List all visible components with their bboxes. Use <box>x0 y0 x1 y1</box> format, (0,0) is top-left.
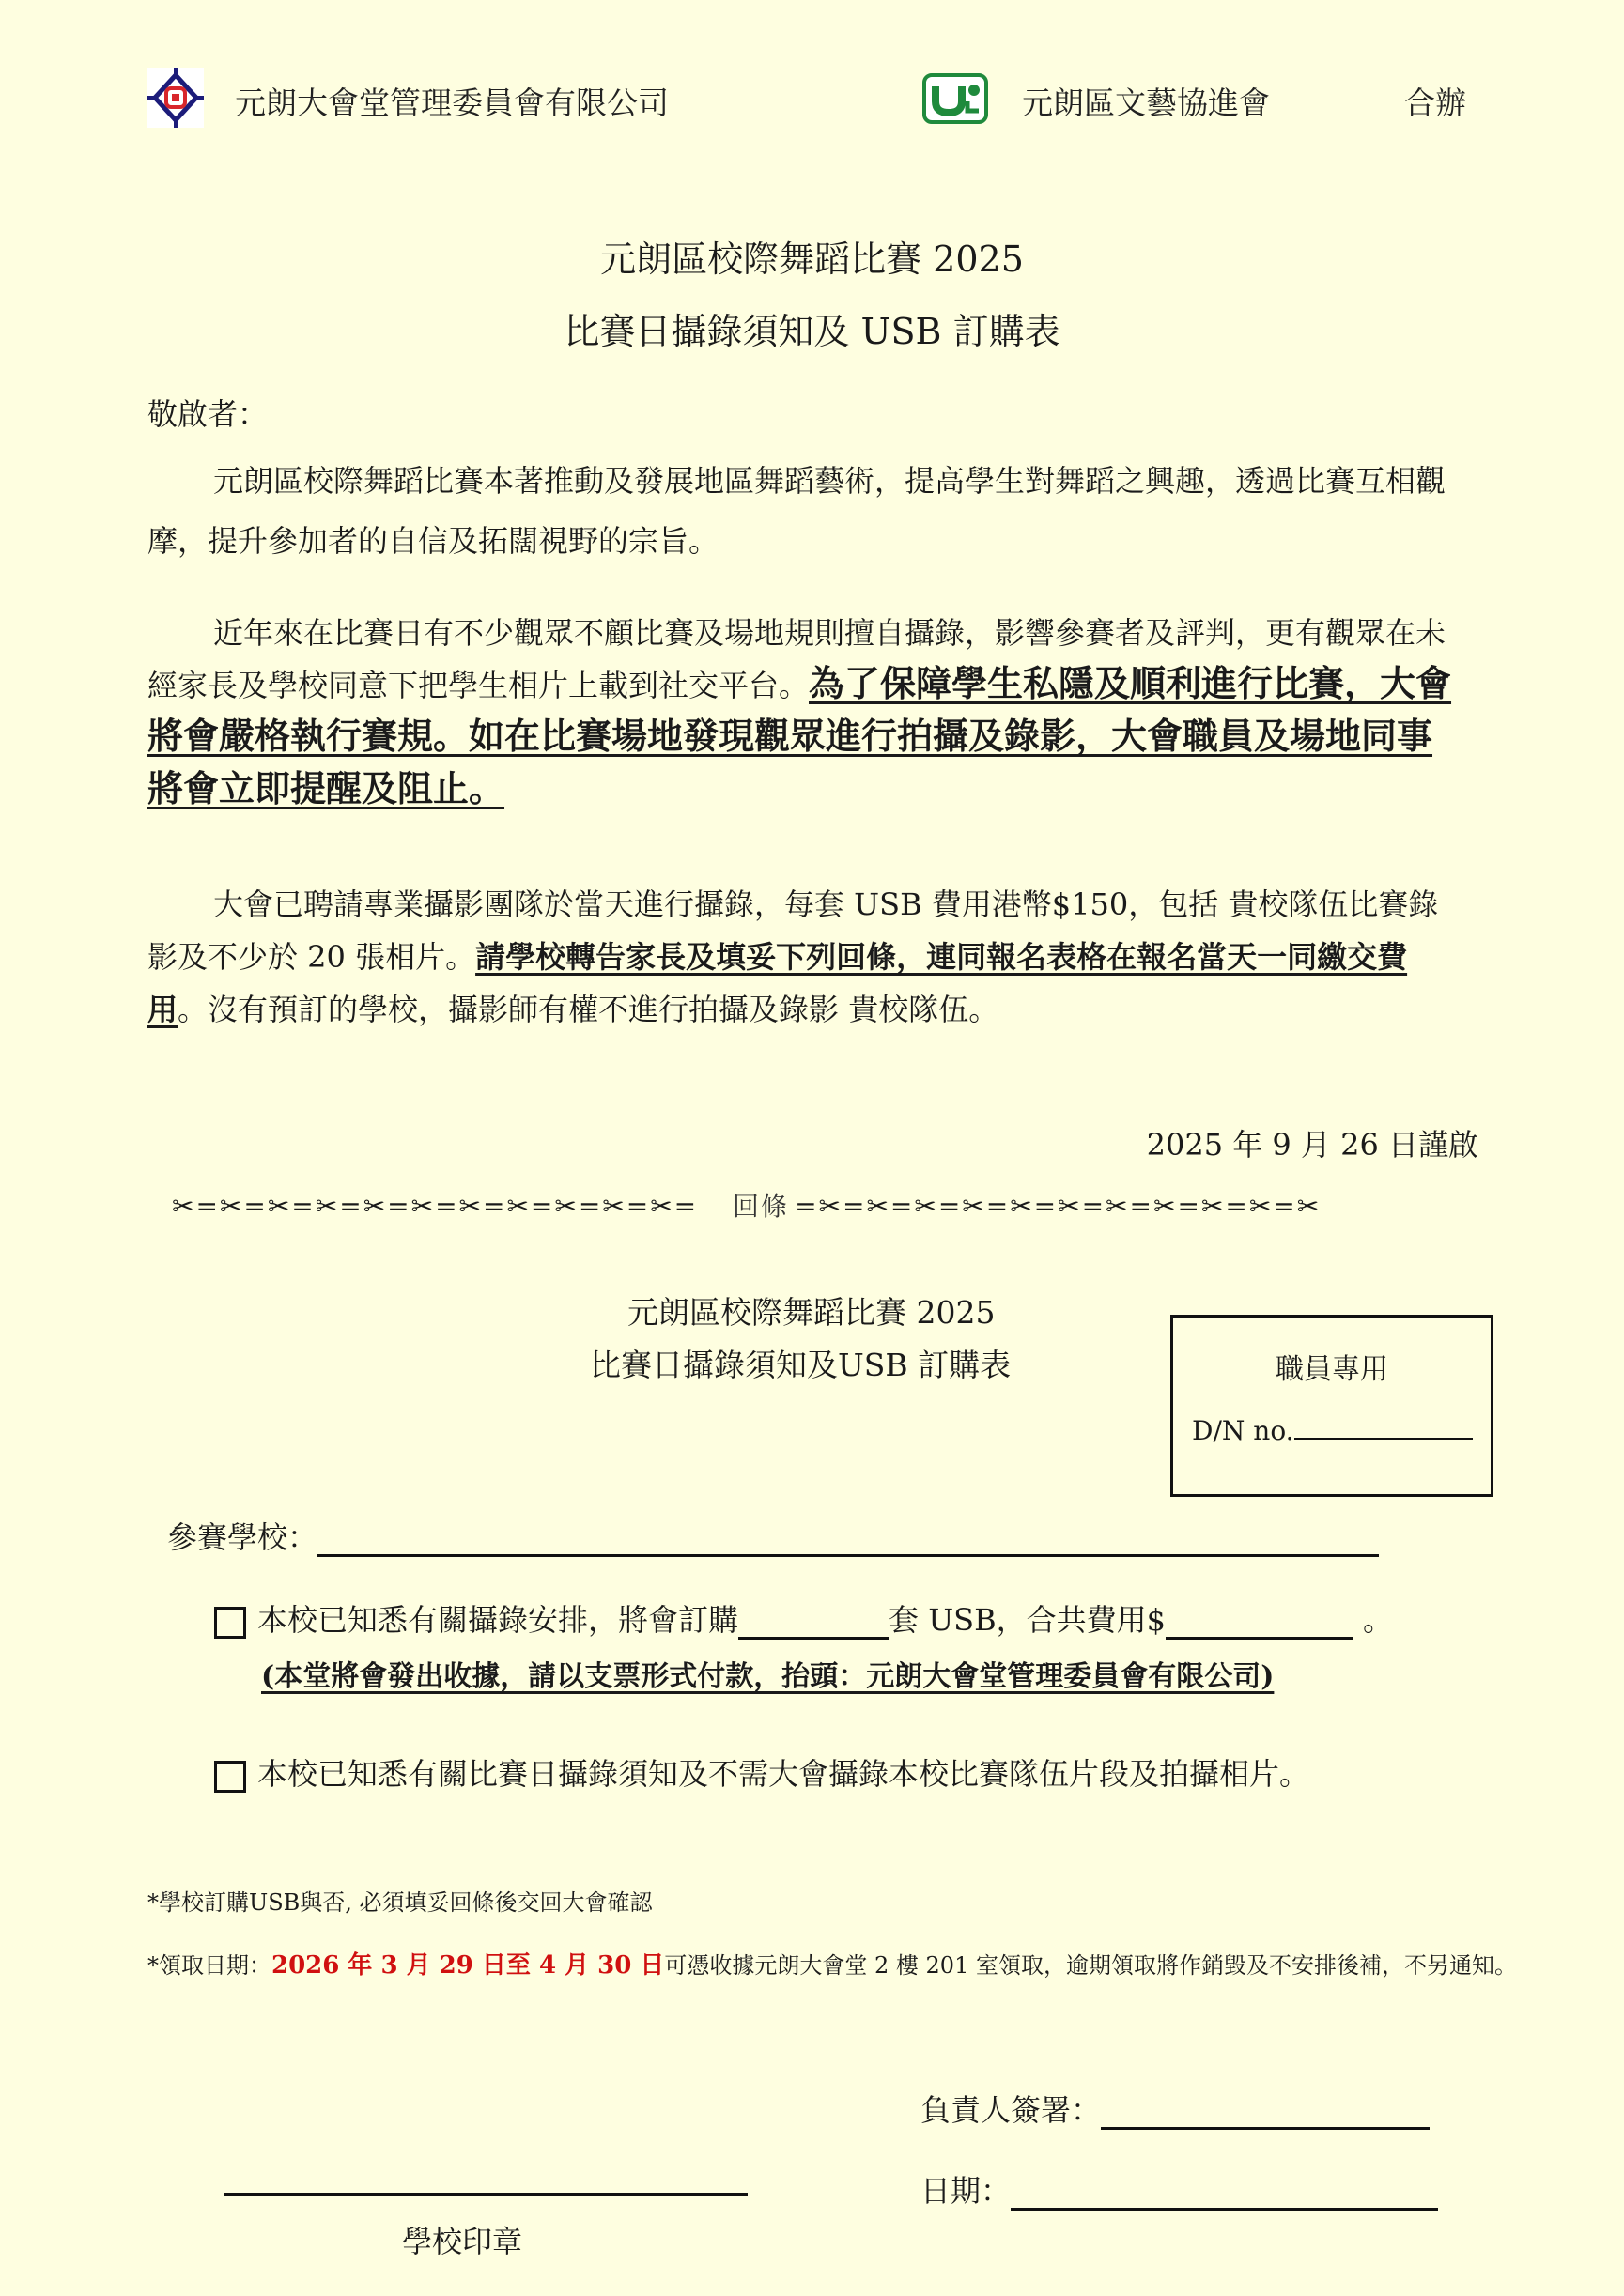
collection-date-range: 2026 年 3 月 29 日至 4 月 30 日 <box>271 1951 664 1980</box>
yuen-long-town-hall-logo-icon <box>147 68 204 128</box>
signature-field[interactable] <box>1101 2099 1430 2130</box>
order-usb-option: 本校已知悉有關攝錄安排，將會訂購套 USB，合共費用$。 <box>214 1596 1393 1640</box>
collection-instructions: 可憑收據元朗大會堂 2 樓 201 室領取，逾期領取將作銷毀及不安排後補，不另通… <box>664 1952 1517 1979</box>
organizer-name-town-hall: 元朗大會堂管理委員會有限公司 <box>235 79 669 123</box>
school-stamp-line[interactable] <box>224 2193 748 2196</box>
dn-number-row: D/N no. <box>1192 1415 1473 1446</box>
dn-number-label: D/N no. <box>1192 1415 1294 1446</box>
reply-title-line2: 比賽日攝錄須知及USB 訂購表 <box>590 1341 1011 1385</box>
signature-row: 負責人簽署： <box>920 2087 1430 2130</box>
intro-paragraph: 元朗區校際舞蹈比賽本著推動及發展地區舞蹈藝術，提高學生對舞蹈之興趣，透過比賽互相… <box>147 451 1462 571</box>
order-usb-text-b: 套 USB，合共費用$ <box>889 1602 1166 1638</box>
cut-line-divider: ✂=✂=✂=✂=✂=✂=✂=✂=✂=✂=✂= 回條=✂=✂=✂=✂=✂=✂=✂=… <box>172 1186 1321 1224</box>
cheque-payment-note: (本堂將會發出收據，請以支票形式付款，抬頭：元朗大會堂管理委員會有限公司) <box>261 1653 1274 1694</box>
order-usb-text-c: 。 <box>1363 1602 1393 1638</box>
school-stamp-label: 學校印章 <box>402 2218 522 2261</box>
notice-title-line2: 比賽日攝錄須知及 USB 訂購表 <box>0 302 1624 354</box>
usb-quantity-field[interactable] <box>738 1609 889 1640</box>
scissors-right-icon: =✂=✂=✂=✂=✂=✂=✂=✂=✂=✂=✂ <box>795 1191 1321 1222</box>
collection-date-label: *領取日期： <box>147 1952 271 1979</box>
reply-title-line1: 元朗區校際舞蹈比賽 2025 <box>627 1288 995 1333</box>
organizer-name-arts-association: 元朗區文藝協進會 <box>1022 79 1270 123</box>
yuen-long-arts-association-logo-icon <box>922 73 988 124</box>
scissors-left-icon: ✂=✂=✂=✂=✂=✂=✂=✂=✂=✂=✂= <box>172 1191 698 1222</box>
no-booking-text: 。沒有預訂的學校，攝影師有權不進行拍攝及錄影 貴校隊伍。 <box>178 992 998 1027</box>
footnote-collection: *領取日期：2026 年 3 月 29 日至 4 月 30 日可憑收據元朗大會堂… <box>147 1946 1517 1980</box>
decline-filming-text: 本校已知悉有關比賽日攝錄須知及不需大會攝錄本校比賽隊伍片段及拍攝相片。 <box>257 1756 1309 1792</box>
footnote-confirmation: *學校訂購USB與否, 必須填妥回條後交回大會確認 <box>147 1884 653 1917</box>
staff-only-title: 職員專用 <box>1173 1346 1491 1387</box>
order-usb-text-a: 本校已知悉有關攝錄安排，將會訂購 <box>257 1602 738 1638</box>
signoff-date: 2025 年 9 月 26 日謹啟 <box>1147 1117 1478 1172</box>
staff-only-box: 職員專用 D/N no. <box>1170 1315 1493 1497</box>
notice-title-line1: 元朗區校際舞蹈比賽 2025 <box>0 230 1624 282</box>
decline-filming-option: 本校已知悉有關比賽日攝錄須知及不需大會攝錄本校比賽隊伍片段及拍攝相片。 <box>214 1750 1309 1794</box>
school-name-row: 參賽學校： <box>167 1514 1379 1557</box>
reply-slip-label: 回條 <box>733 1191 789 1222</box>
salutation: 敬啟者： <box>147 387 268 441</box>
date-field[interactable] <box>1011 2180 1438 2211</box>
dn-number-field[interactable] <box>1294 1438 1473 1440</box>
date-row: 日期： <box>920 2167 1438 2211</box>
signature-label: 負責人簽署： <box>920 2092 1101 2128</box>
filming-rules-paragraph: 近年來在比賽日有不少觀眾不顧比賽及場地規則擅自攝錄，影響參賽者及評判，更有觀眾在… <box>147 609 1467 816</box>
order-usb-checkbox[interactable] <box>214 1607 246 1639</box>
total-amount-field[interactable] <box>1166 1609 1353 1640</box>
usb-order-paragraph: 大會已聘請專業攝影團隊於當天進行攝錄，每套 USB 費用港幣$150，包括 貴校… <box>147 878 1467 1036</box>
school-name-label: 參賽學校： <box>167 1519 317 1555</box>
co-organise-label: 合辦 <box>1404 79 1466 123</box>
school-name-field[interactable] <box>317 1522 1379 1557</box>
date-label: 日期： <box>920 2173 1011 2209</box>
decline-filming-checkbox[interactable] <box>214 1761 246 1793</box>
